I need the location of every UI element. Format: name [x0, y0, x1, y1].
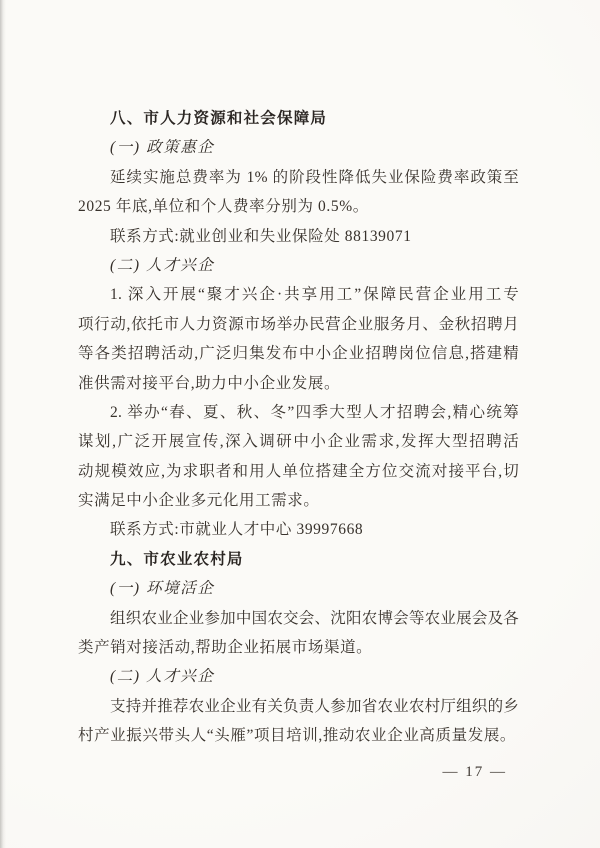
document-body: 八、市人力资源和社会保障局 (一) 政策惠企 延续实施总费率为 1% 的阶段性降… — [78, 104, 519, 787]
body-line: 2025 年底,单位和个人费率分别为 0.5%。 — [78, 192, 519, 221]
body-line: 2. 举办“春、夏、秋、冬”四季大型人才招聘会,精心统筹 — [78, 398, 519, 427]
body-line: 组织农业企业参加中国农交会、沈阳农博会等农业展会及各 — [78, 604, 519, 633]
contact-line: 联系方式:就业创业和失业保险处 88139071 — [78, 222, 519, 251]
clause-heading: (二) 人才兴企 — [78, 662, 519, 691]
body-line: 类产销对接活动,帮助企业拓展市场渠道。 — [78, 633, 519, 662]
body-line: 准供需对接平台,助力中小企业发展。 — [78, 369, 519, 398]
body-line: 支持并推荐农业企业有关负责人参加省农业农村厅组织的乡 — [78, 692, 519, 721]
clause-heading: (二) 人才兴企 — [78, 251, 519, 280]
page-number: — 17 — — [78, 758, 519, 787]
contact-line: 联系方式:市就业人才中心 39997668 — [78, 515, 519, 544]
section-heading: 九、市农业农村局 — [78, 545, 519, 574]
body-line: 村产业振兴带头人“头雁”项目培训,推动农业企业高质量发展。 — [78, 721, 519, 750]
scan-edge-shadow — [0, 0, 6, 848]
scanned-document-page: { "doc": { "lines": [ { "role": "section… — [0, 0, 600, 848]
clause-heading: (一) 政策惠企 — [78, 133, 519, 162]
clause-heading: (一) 环境活企 — [78, 574, 519, 603]
section-heading: 八、市人力资源和社会保障局 — [78, 104, 519, 133]
body-line: 等各类招聘活动,广泛归集发布中小企业招聘岗位信息,搭建精 — [78, 339, 519, 368]
body-line: 延续实施总费率为 1% 的阶段性降低失业保险费率政策至 — [78, 163, 519, 192]
body-line: 1. 深入开展“聚才兴企·共享用工”保障民营企业用工专 — [78, 280, 519, 309]
body-line: 动规模效应,为求职者和用人单位搭建全方位交流对接平台,切 — [78, 457, 519, 486]
body-line: 实满足中小企业多元化用工需求。 — [78, 486, 519, 515]
body-line: 项行动,依托市人力资源市场举办民营企业服务月、金秋招聘月 — [78, 310, 519, 339]
body-line: 谋划,广泛开展宣传,深入调研中小企业需求,发挥大型招聘活 — [78, 427, 519, 456]
